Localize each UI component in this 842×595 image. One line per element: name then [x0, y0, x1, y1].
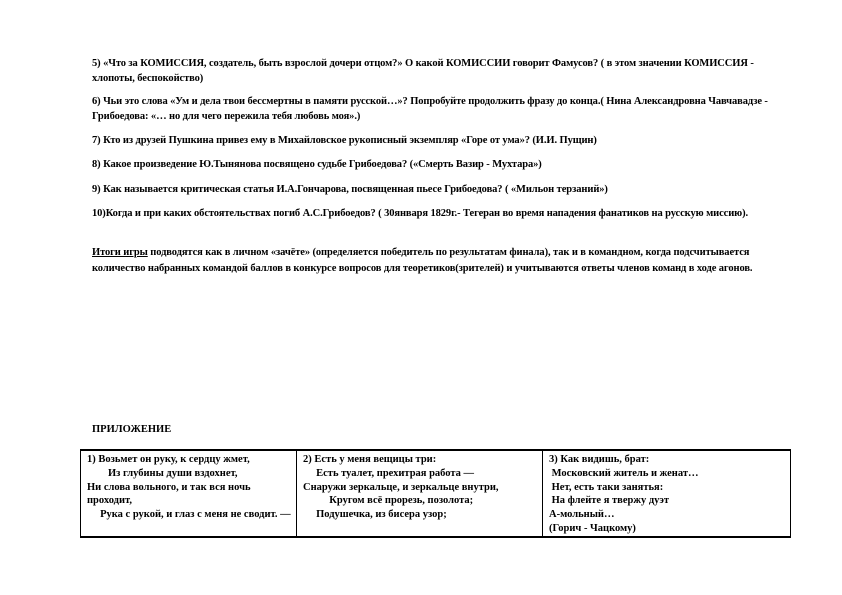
cell-line: Нет, есть таки занятья:	[549, 481, 786, 495]
results-text: подводятся как в личном «зачёте» (опреде…	[92, 247, 752, 274]
cell-line: Кругом всё прорезь, позолота;	[303, 494, 538, 508]
cell-line: Подушечка, из бисера узор;	[303, 508, 538, 522]
cell-line: 2) Есть у меня вещицы три:	[303, 453, 538, 467]
appendix-heading: ПРИЛОЖЕНИЕ	[92, 424, 171, 435]
cell-line: Снаружи зеркальце, и зеркальце внутри,	[303, 481, 538, 495]
cell-line: Ни слова вольного, и так вся ночь проход…	[87, 481, 292, 509]
question-10: 10)Когда и при каких обстоятельствах пог…	[92, 207, 782, 222]
question-7: 7) Кто из друзей Пушкина привез ему в Ми…	[92, 134, 782, 149]
results-label: Итоги игры	[92, 247, 148, 258]
cell-line: На флейте я твержу дуэт	[549, 494, 786, 508]
cell-line: А-мольный…	[549, 508, 786, 522]
cell-line: 1) Возьмет он руку, к сердцу жмет,	[87, 453, 292, 467]
appendix-cell-3: 3) Как видишь, брат: Московский житель и…	[543, 450, 791, 537]
question-9: 9) Как называется критическая статья И.А…	[92, 183, 782, 198]
cell-line: Рука с рукой, и глаз с меня не сводит. —	[87, 508, 292, 522]
cell-line: Из глубины души вздохнет,	[87, 467, 292, 481]
cell-line: (Горич - Чацкому)	[549, 522, 786, 536]
results-paragraph: Итоги игры подводятся как в личном «зачё…	[92, 245, 782, 276]
cell-line: Есть туалет, прехитрая работа —	[303, 467, 538, 481]
question-8: 8) Какое произведение Ю.Тынянова посвяще…	[92, 158, 782, 173]
cell-line: 3) Как видишь, брат:	[549, 453, 786, 467]
question-6: 6) Чьи это слова «Ум и дела твои бессмер…	[92, 95, 782, 124]
appendix-table: 1) Возьмет он руку, к сердцу жмет, Из гл…	[80, 449, 791, 538]
appendix-cell-1: 1) Возьмет он руку, к сердцу жмет, Из гл…	[81, 450, 297, 537]
appendix-cell-2: 2) Есть у меня вещицы три: Есть туалет, …	[297, 450, 543, 537]
cell-line: Московский житель и женат…	[549, 467, 786, 481]
question-5: 5) «Что за КОМИССИЯ, создатель, быть взр…	[92, 57, 782, 86]
document-page: 5) «Что за КОМИССИЯ, создатель, быть взр…	[0, 0, 842, 595]
table-row: 1) Возьмет он руку, к сердцу жмет, Из гл…	[81, 450, 791, 537]
